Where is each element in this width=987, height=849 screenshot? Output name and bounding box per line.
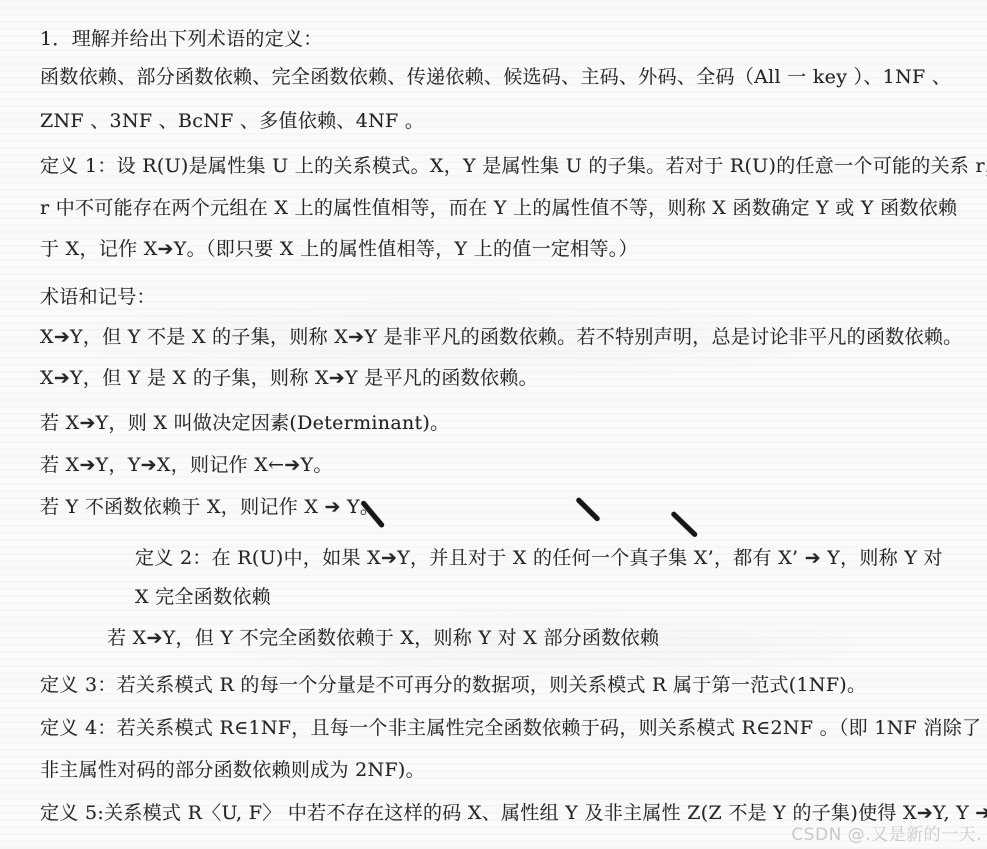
- doc-line-determinant: 若 X➔Y，则 X 叫做决定因素(Determinant)。: [40, 410, 449, 436]
- pen-slash-mark-2: [575, 497, 600, 522]
- document-page: 1．理解并给出下列术语的定义： 函数依赖、部分函数依赖、完全函数依赖、传递依赖、…: [0, 0, 987, 849]
- doc-line-nontrivial: X➔Y，但 Y 不是 X 的子集，则称 X➔Y 是非平凡的函数依赖。若不特别声明…: [40, 324, 963, 350]
- doc-line-def3: 定义 3：若关系模式 R 的每一个分量是不可再分的数据项，则关系模式 R 属于第…: [40, 672, 866, 698]
- doc-line-terms-2: ZNF 、3NF 、BcNF 、多值依赖、4NF 。: [40, 108, 424, 134]
- doc-line-def1-2: r 中不可能存在两个元组在 X 上的属性值相等，而在 Y 上的属性值不等，则称 …: [40, 195, 957, 221]
- doc-line-not-depend: 若 Y 不函数依赖于 X，则记作 X ➔ Y。: [40, 494, 379, 520]
- doc-line-terms-1: 函数依赖、部分函数依赖、完全函数依赖、传递依赖、候选码、主码、外码、全码（All…: [40, 64, 951, 90]
- doc-line-def1-1: 定义 1：设 R(U)是属性集 U 上的关系模式。X，Y 是属性集 U 的子集。…: [40, 153, 987, 179]
- doc-line-def2-1: 定义 2：在 R(U)中，如果 X➔Y，并且对于 X 的任何一个真子集 X’，都…: [135, 545, 943, 571]
- doc-line-bidirectional: 若 X➔Y，Y➔X，则记作 X←➔Y。: [40, 452, 333, 478]
- doc-line-def4-1: 定义 4：若关系模式 R∈1NF，且每一个非主属性完全函数依赖于码，则关系模式 …: [40, 715, 981, 741]
- csdn-watermark: CSDN @.又是新的一天.: [791, 820, 982, 845]
- doc-line-def2-2: X 完全函数依赖: [135, 584, 271, 610]
- doc-line-partial-dep: 若 X➔Y，但 Y 不完全函数依赖于 X，则称 Y 对 X 部分函数依赖: [107, 625, 659, 651]
- doc-line-def4-2: 非主属性对码的部分函数依赖则成为 2NF)。: [40, 757, 425, 783]
- pen-slash-mark-3: [670, 511, 698, 538]
- doc-line-trivial: X➔Y，但 Y 是 X 的子集，则称 X➔Y 是平凡的函数依赖。: [40, 365, 538, 391]
- doc-line-heading: 1．理解并给出下列术语的定义：: [40, 26, 323, 52]
- doc-line-def1-3: 于 X，记作 X➔Y。（即只要 X 上的属性值相等，Y 上的值一定相等。）: [40, 236, 638, 262]
- doc-line-notation-heading: 术语和记号：: [40, 284, 156, 310]
